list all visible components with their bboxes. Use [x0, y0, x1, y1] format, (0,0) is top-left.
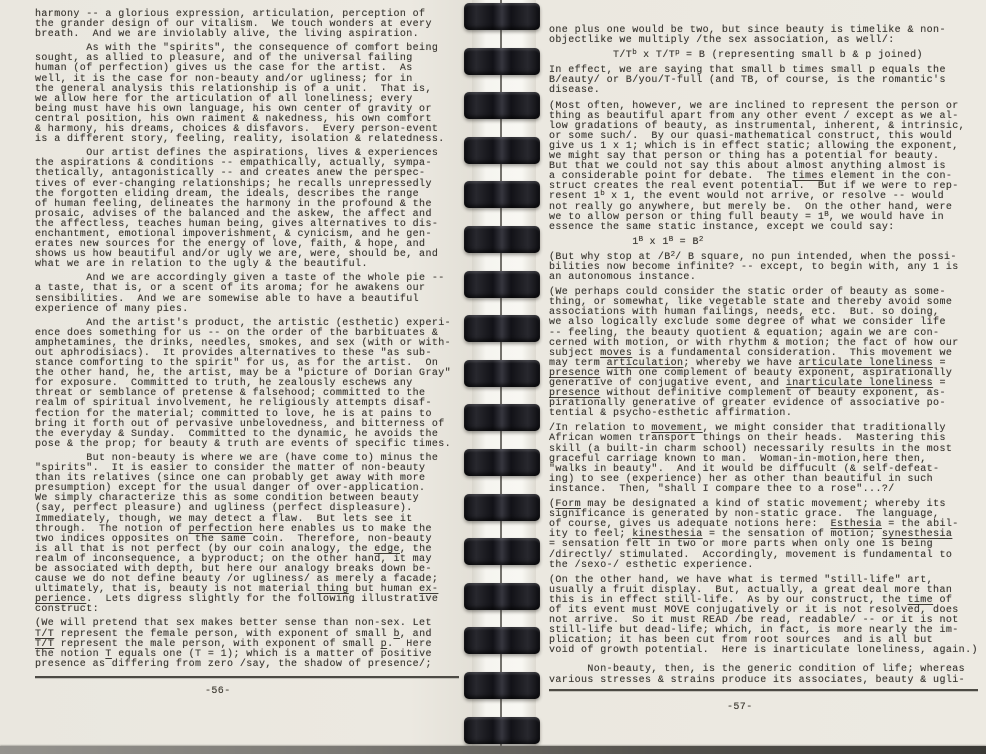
superscript-text: B: [824, 211, 829, 219]
paragraph: In effect, we are saying that small b ti…: [549, 66, 981, 96]
right-page-number: -57-: [727, 702, 753, 713]
text-line: various stresses & strains produce its a…: [549, 676, 981, 686]
left-page-text: harmony -- a glorious expression, articu…: [35, 10, 465, 674]
text-line: void of growth potential. Here is inarti…: [549, 646, 981, 656]
superscript-text: 2: [699, 236, 704, 244]
text-line: thetically, antagonistically -- and crea…: [35, 169, 465, 179]
text-line: = sensation felt in two or more parts wh…: [549, 540, 981, 550]
paragraph: But non-beauty is where we are (have com…: [35, 454, 465, 616]
underlined-text: T/T: [35, 639, 54, 650]
formula-line: 1B x 1B = B2: [549, 238, 981, 248]
text-line: what we are in relation to the ugly & th…: [35, 260, 465, 270]
text-line: (say, perfect pleasure) and ugliness (pe…: [35, 504, 465, 514]
left-page-number: -56-: [205, 686, 231, 697]
text-line: B/eauty/ or B/you/T-full (and TB, of cou…: [549, 76, 981, 86]
underlined-text: b: [393, 629, 399, 640]
superscript-text: b: [600, 190, 605, 198]
paragraph: And we are accordingly given a taste of …: [35, 274, 465, 314]
paragraph: one plus one would be two, but since bea…: [549, 26, 981, 46]
text-line: instance. Then, "shall I compare thee to…: [549, 485, 981, 495]
text-line: 1B x 1B = B2: [549, 238, 981, 248]
book-spread: harmony -- a glorious expression, articu…: [0, 0, 986, 754]
text-line: breath. And we are inviolably alive, the…: [35, 30, 465, 40]
text-line: disease.: [549, 86, 981, 96]
superscript-text: B: [639, 236, 644, 244]
paragraph: (But why stop at /B2/ B square, no pun i…: [549, 253, 981, 283]
right-footer-rule: [549, 689, 978, 691]
formula-line: T/Tb x T/Tp = B (representing small b & …: [549, 51, 981, 61]
paragraph: (On the other hand, we have what is term…: [549, 576, 981, 657]
superscript-text: 2: [671, 251, 676, 259]
text-line: is a different story, feeling, reality, …: [35, 135, 465, 145]
paragraph: harmony -- a glorious expression, articu…: [35, 10, 465, 40]
text-line: tential & psycho-esthetic affirmation.: [549, 409, 981, 419]
text-line: T/Tb x T/Tp = B (representing small b & …: [549, 51, 981, 61]
paragraph: Our artist defines the aspirations, live…: [35, 149, 465, 270]
text-line: an autonomous instance.: [549, 273, 981, 283]
text-line: experience of many pies.: [35, 305, 465, 315]
superscript-text: B: [669, 236, 674, 244]
paragraph: (Form may be designated a kind of static…: [549, 500, 981, 571]
left-footer-rule: [35, 676, 459, 678]
underlined-text: perfection: [189, 524, 253, 535]
superscript-text: p: [675, 49, 680, 57]
scan-bottom-edge: [0, 746, 986, 754]
underlined-text: p: [381, 639, 387, 650]
text-line: essence the same static instance, except…: [549, 223, 981, 233]
paragraph: (Most often, however, we are inclined to…: [549, 102, 981, 233]
paragraph: /In relation to movement, we might consi…: [549, 424, 981, 495]
paragraph: As with the "spirits", the consequence o…: [35, 44, 465, 145]
text-line: objectlike we multiply /the sex associat…: [549, 36, 981, 46]
paragraph: Non-beauty, then, is the generic conditi…: [549, 665, 981, 685]
paragraph: And the artist's product, the artistic (…: [35, 319, 465, 450]
gutter-shadow-line: [500, 0, 502, 754]
text-line: the /sexo-/ esthetic experience.: [549, 561, 981, 571]
paragraph: (We will pretend that sex makes better s…: [35, 619, 465, 669]
text-line: pose & the prop; for beauty & truth are …: [35, 440, 465, 450]
text-line: construct:: [35, 605, 465, 615]
right-page-text: one plus one would be two, but since bea…: [549, 26, 981, 691]
text-line: perience. Lets digress slightly for the …: [35, 595, 465, 605]
superscript-text: b: [632, 49, 637, 57]
gutter: [472, 0, 536, 754]
paragraph: (We perhaps could consider the static or…: [549, 288, 981, 419]
text-line: resent 1b x 1, the event would not arriv…: [549, 192, 981, 202]
text-line: presence as differing from zero /say, th…: [35, 660, 465, 670]
